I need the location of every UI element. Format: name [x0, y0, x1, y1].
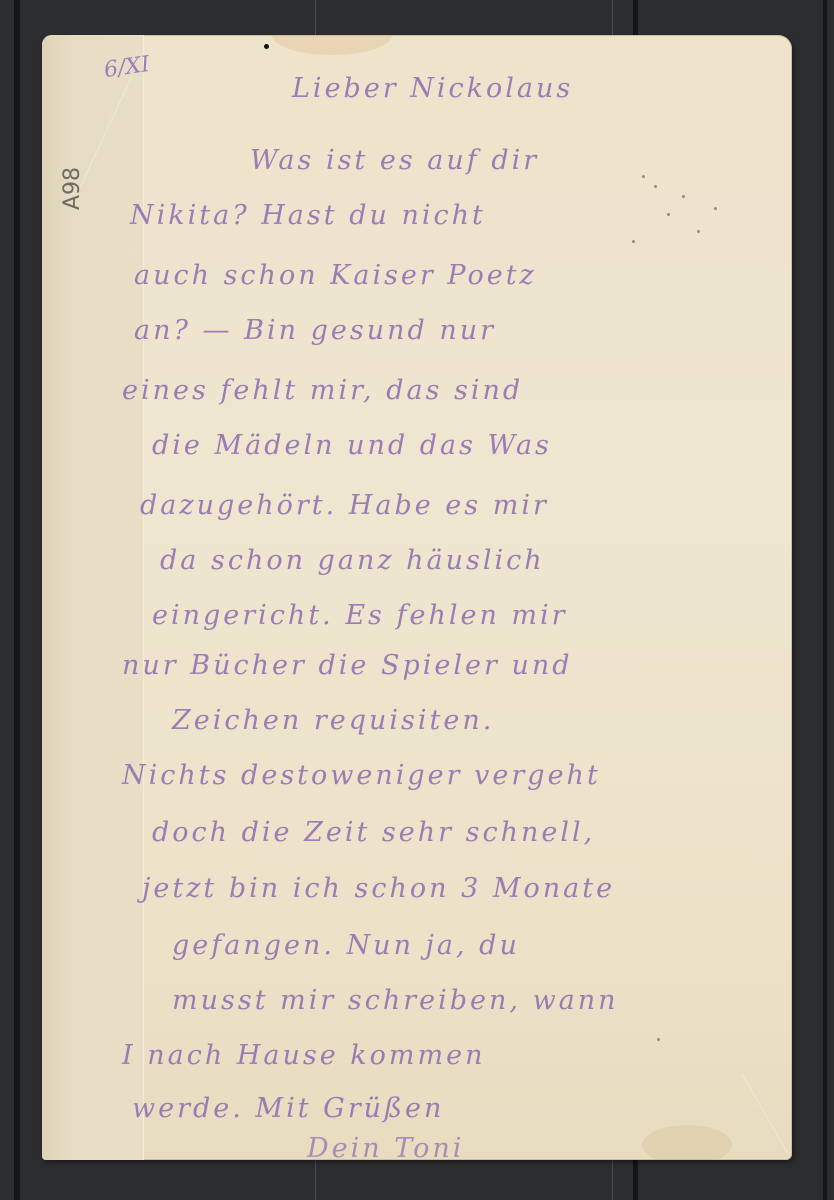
letter-line: dazugehört. Habe es mir: [140, 490, 549, 521]
album-page-stripe-left: [14, 0, 20, 1200]
letter-line: da schon ganz häuslich: [160, 545, 545, 576]
letter-line: Was ist es auf dir: [250, 145, 539, 176]
letter-line: gefangen. Nun ja, du: [172, 930, 520, 961]
letter-line: Nichts destoweniger vergeht: [122, 760, 601, 791]
pencil-catalog-number: A98: [60, 167, 85, 210]
letter-line: auch schon Kaiser Poetz: [134, 260, 537, 291]
letter-line: nur Bücher die Spieler und: [122, 650, 573, 681]
postcard: 6/XI A98 Lieber Nickolaus Was ist es auf…: [42, 35, 792, 1160]
letter-line: jetzt bin ich schon 3 Monate: [142, 873, 615, 904]
letter-line: doch die Zeit sehr schnell,: [152, 817, 595, 848]
ink-dot: [264, 44, 269, 49]
speckle: [642, 175, 645, 178]
speckle: [682, 195, 685, 198]
speckle: [632, 240, 635, 243]
greeting: Lieber Nickolaus: [292, 73, 573, 104]
letter-line: an? — Bin gesund nur: [134, 315, 496, 346]
speckle: [654, 185, 657, 188]
signature: Dein Toni: [307, 1133, 464, 1160]
speckle: [714, 207, 717, 210]
speckle: [697, 230, 700, 233]
paper-crease: [742, 1075, 788, 1153]
folded-edge-strip: [42, 35, 144, 1160]
paper-stain: [642, 1125, 732, 1160]
album-page-stripe-right: [823, 0, 827, 1200]
paper-stain: [272, 35, 392, 55]
letter-line: werde. Mit Grüßen: [132, 1093, 444, 1124]
letter-line: die Mädeln und das Was: [152, 430, 552, 461]
letter-line: eines fehlt mir, das sind: [122, 375, 523, 406]
speckle: [667, 213, 670, 216]
letter-line: eingericht. Es fehlen mir: [152, 600, 568, 631]
letter-line: musst mir schreiben, wann: [172, 985, 619, 1016]
letter-line: Nikita? Hast du nicht: [130, 200, 486, 231]
letter-line: I nach Hause kommen: [122, 1040, 485, 1071]
letter-line: Zeichen requisiten.: [172, 705, 494, 736]
speckle: [657, 1038, 660, 1041]
